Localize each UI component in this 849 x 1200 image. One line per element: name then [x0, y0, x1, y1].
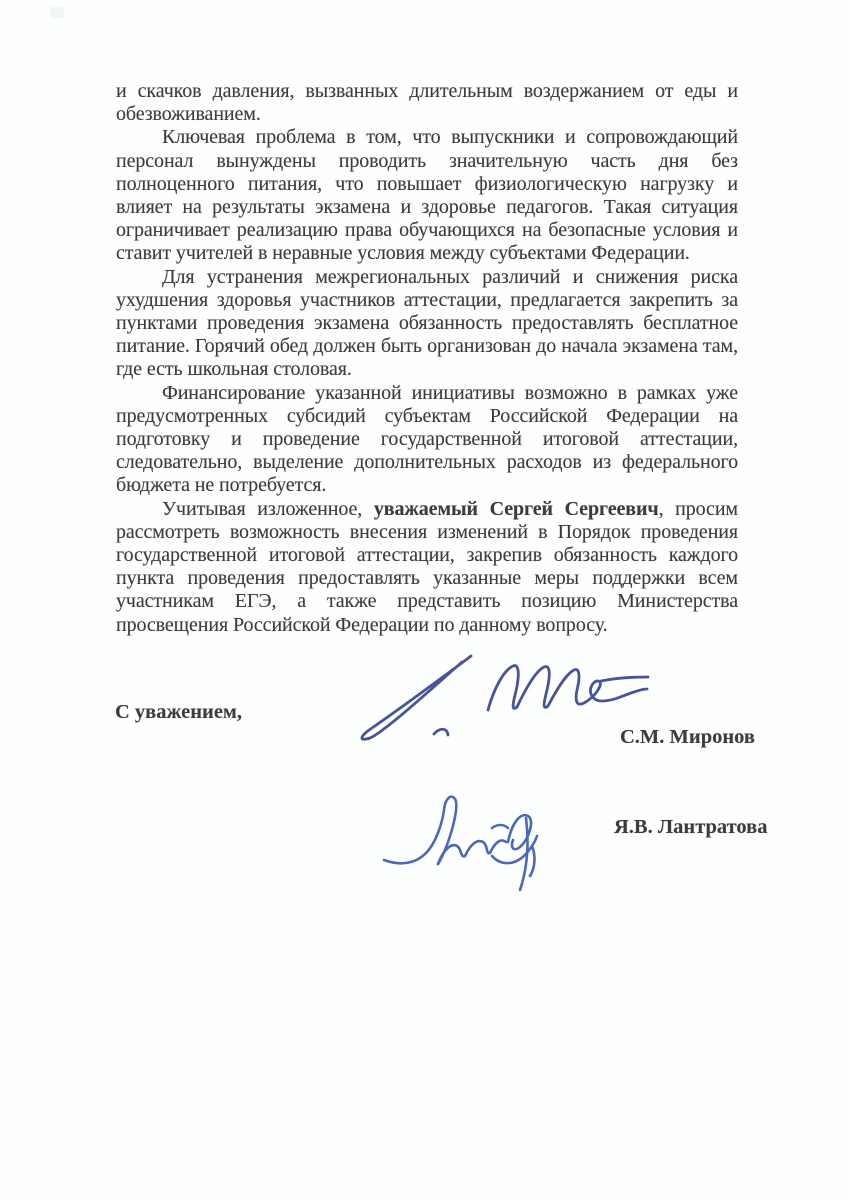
body-paragraph: Для устранения межрегиональных различий …	[116, 266, 738, 382]
salutation-bold-text: уважаемый Сергей Сергеевич	[374, 498, 659, 520]
paragraph-text: Учитывая изложенное,	[162, 498, 374, 520]
scanned-letter-page: и скачков давления, вызванных длительным…	[0, 0, 849, 1200]
body-paragraph: Финансирование указанной инициативы возм…	[116, 382, 738, 498]
body-paragraph: Ключевая проблема в том, что выпускники …	[116, 126, 738, 265]
lantratova-signature-ink	[380, 784, 565, 894]
letter-body: и скачков давления, вызванных длительным…	[116, 80, 738, 637]
body-paragraph: Учитывая изложенное, уважаемый Сергей Се…	[116, 498, 738, 637]
body-paragraph: и скачков давления, вызванных длительным…	[116, 80, 738, 126]
mironov-signature-ink	[350, 650, 650, 742]
closing-salutation: С уважением,	[115, 701, 242, 724]
signatory-name-lantratova: Я.В. Лантратова	[614, 816, 768, 839]
scan-artifact	[50, 7, 64, 18]
signatory-name-mironov: С.М. Миронов	[620, 726, 755, 749]
